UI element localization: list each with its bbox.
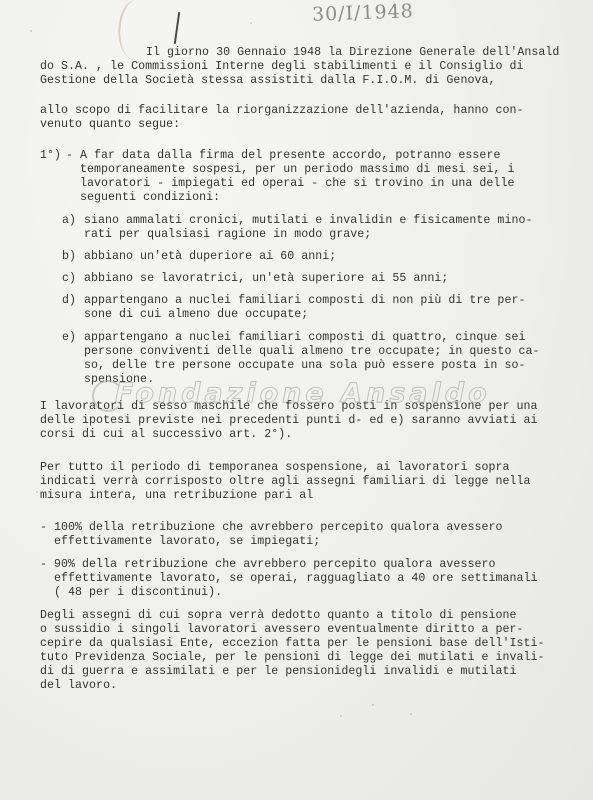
article-line: temporaneamente sospesi, per un periodo … — [80, 163, 514, 176]
paragraph-line: I lavoratori di sesso maschile che fosse… — [40, 400, 538, 413]
paragraph-line: di di guerra e assimilati e per le pensi… — [40, 665, 517, 678]
intro-line: Gestione della Società stessa assistiti … — [40, 74, 495, 87]
condition-label: a) — [62, 214, 76, 227]
purpose-line: allo scopo di facilitare la riorganizzaz… — [40, 104, 524, 117]
paragraph-line: o sussidio i singoli lavoratori avessero… — [40, 623, 524, 636]
intro-line: do S.A. , le Commissioni Interne degli s… — [40, 60, 524, 73]
condition-label: c) — [62, 272, 76, 285]
paragraph-line: delle ipotesi previste nei precedenti pu… — [40, 414, 538, 427]
condition-label: b) — [62, 250, 76, 263]
paper-speck — [372, 704, 374, 706]
pay-item-line: effettivamente lavorato, se operai, ragg… — [40, 572, 538, 585]
article-line: - A far data dalla firma del presente ac… — [66, 149, 500, 162]
condition-label: d) — [62, 294, 76, 307]
article-line: seguenti condizioni: — [80, 191, 220, 204]
condition-line: rati per qualsiasi ragione in modo grave… — [84, 228, 371, 241]
condition-line: abbiano se lavoratrici, un'età superiore… — [84, 272, 448, 285]
paragraph-line: corsi di cui al successivo art. 2°). — [40, 428, 292, 441]
paragraph-line: Per tutto il periodo di temporanea sospe… — [40, 461, 510, 474]
condition-line: persone conviventi delle quali almeno tr… — [84, 345, 539, 358]
condition-label: e) — [62, 331, 76, 344]
intro-line: Il giorno 30 Gennaio 1948 la Direzione G… — [146, 46, 559, 59]
condition-line: sone di cui almeno due occupate; — [84, 308, 308, 321]
paragraph-line: cepire da qualsiasi Ente, eccezion fatta… — [40, 637, 545, 650]
pay-item-line: effettivamente lavorato, se impiegati; — [40, 535, 320, 548]
paragraph-line: tuto Previdenza Sociale, per le pensioni… — [40, 651, 545, 664]
paper-speck — [340, 715, 342, 717]
article-number: 1°) — [40, 149, 61, 162]
pay-item-line: - 100% della retribuzione che avrebbero … — [40, 521, 503, 534]
paper-speck — [36, 491, 38, 493]
handwritten-date: 30/I/1948 — [312, 0, 415, 26]
condition-line: appartengano a nuclei familiari composti… — [84, 294, 525, 307]
condition-line: siano ammalati cronici, mutilati e inval… — [84, 214, 532, 227]
pay-item-line: ( 48 per i discontinui). — [40, 586, 222, 599]
paper-speck — [410, 713, 412, 715]
paper-speck — [250, 22, 252, 24]
paragraph-line: Degli assegni di cui sopra verrà dedotto… — [40, 609, 517, 622]
paragraph-line: indicati verrà corrisposto oltre agli as… — [40, 475, 531, 488]
paper-speck — [30, 30, 32, 32]
condition-line: appartengano a nuclei familiari composti… — [84, 331, 525, 344]
article-line: lavoratori - impiegati ed operai - che s… — [80, 177, 514, 190]
purpose-line: venuto quanto segue: — [40, 118, 180, 131]
condition-line: so, delle tre persone occupate una sola … — [84, 359, 525, 372]
paragraph-line: del lavoro. — [40, 679, 117, 692]
condition-line: abbiano un'età duperiore ai 60 anni; — [84, 250, 336, 263]
paragraph-line: misura intera, una retribuzione pari al — [40, 489, 313, 502]
pay-item-line: - 90% della retribuzione che avrebbero p… — [40, 558, 495, 571]
